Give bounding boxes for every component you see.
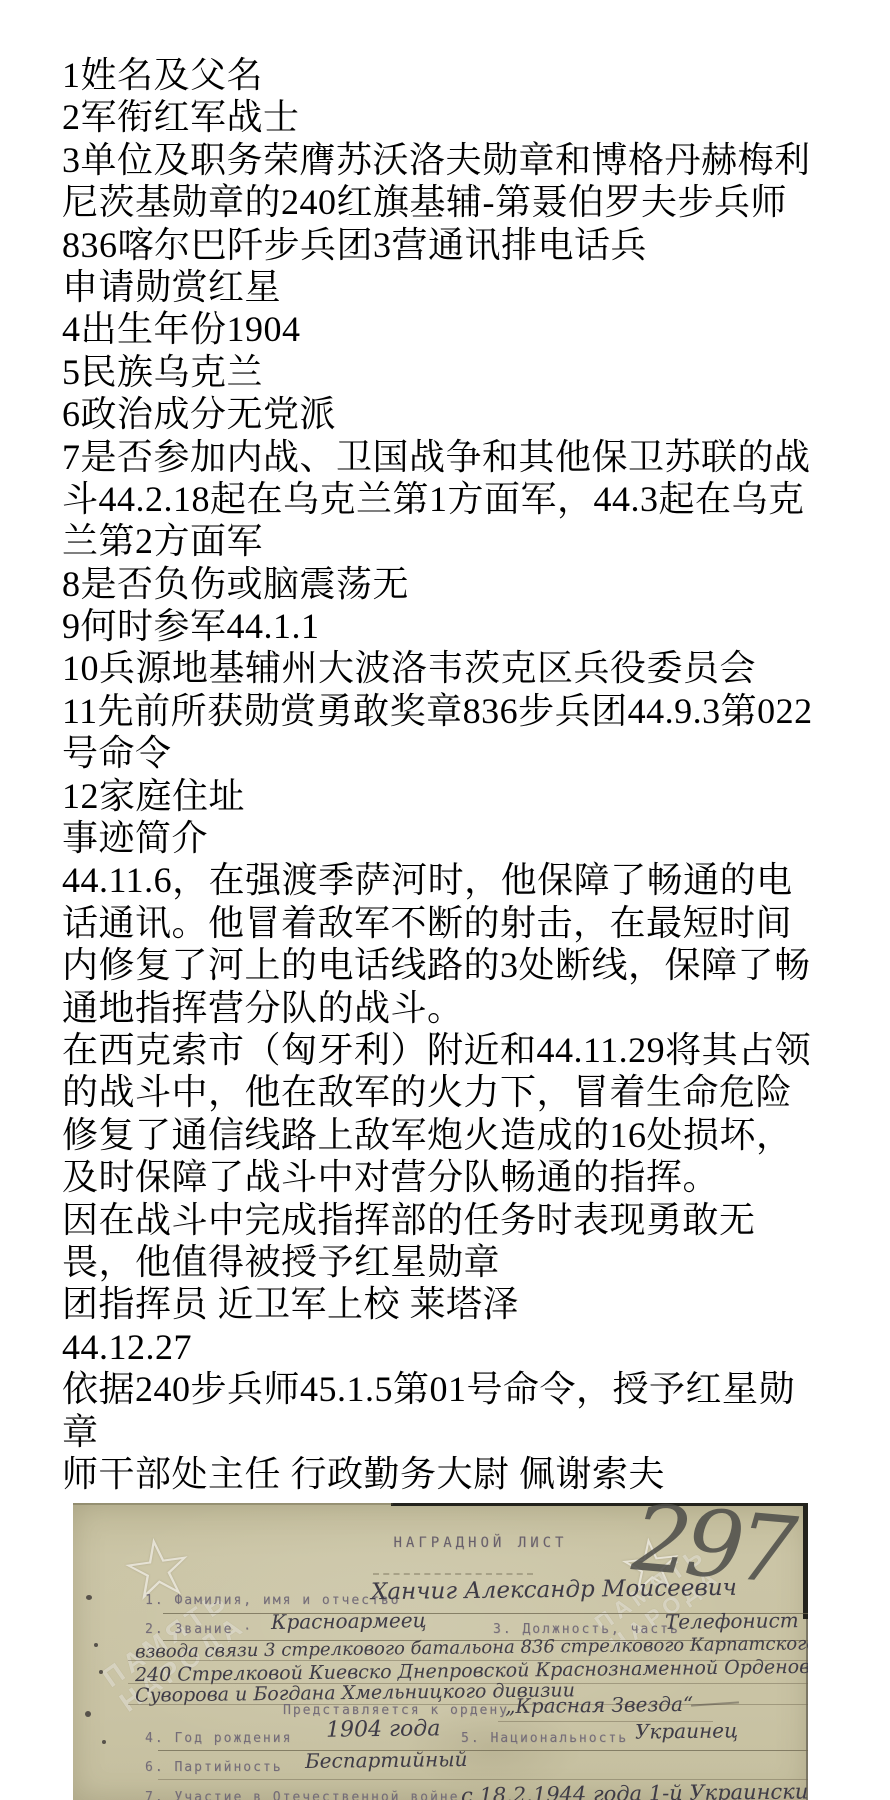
translation-line: 3单位及职务荣膺苏沃洛夫勋章和博格丹赫梅利 <box>62 139 872 181</box>
translation-line: 6政治成分无党派 <box>62 393 872 435</box>
translation-line: 的战斗中，他在敌军的火力下，冒着生命危险 <box>62 1071 872 1113</box>
translation-line: 7是否参加内战、卫国战争和其他保卫苏联的战 <box>62 436 872 478</box>
field-label-name: 1. Фамилия, имя и отчество <box>145 1593 401 1608</box>
field-label-rank: 2. Звание · <box>145 1622 253 1637</box>
field-value-position: Телефонист <box>665 1608 799 1634</box>
form-line <box>158 1750 808 1751</box>
translation-line: 章 <box>62 1411 872 1453</box>
translation-line: 依据240步兵师45.1.5第01号命令，授予红星勋 <box>62 1368 872 1410</box>
translation-line: 44.11.6，在强渡季萨河时，他保障了畅通的电 <box>62 859 872 901</box>
paper-speck <box>99 1670 103 1674</box>
field-label-party: 6. Партийность <box>145 1760 283 1775</box>
translation-line: 及时保障了战斗中对营分队畅通的指挥。 <box>62 1156 872 1198</box>
translation-line: 2军衔红军战士 <box>62 96 872 138</box>
paper-speck <box>94 1643 98 1647</box>
field-value-birth-year: 1904 года <box>326 1716 441 1742</box>
pencil-dash <box>373 1573 533 1575</box>
translation-line: 11先前所获勋赏勇敢奖章836步兵团44.9.3第022 <box>62 690 872 732</box>
field-value-rank: Красноармеец <box>271 1608 427 1634</box>
translation-line: 44.12.27 <box>62 1326 872 1368</box>
translation-line: 号命令 <box>62 732 872 774</box>
translation-line: 因在战斗中完成指挥部的任务时表现勇敢无 <box>62 1199 872 1241</box>
translation-line: 团指挥员 近卫军上校 莱塔泽 <box>62 1283 872 1325</box>
translation-line: 4出生年份1904 <box>62 308 872 350</box>
translation-line: 12家庭住址 <box>62 775 872 817</box>
scan-edge <box>73 1503 393 1505</box>
scanned-award-sheet: ☆ ☆ ПАМЯТЬ НАРОДА ПАМЯТЬ НАРОДА НАГРАДНО… <box>73 1503 808 1800</box>
translation-line: 8是否负伤或脑震荡无 <box>62 563 872 605</box>
translation-line: 兰第2方面军 <box>62 520 872 562</box>
field-label-order: Представляется к ордену <box>283 1703 509 1718</box>
translation-line: 事迹简介 <box>62 817 872 859</box>
field-label-nationality: 5. Национальность <box>461 1731 628 1746</box>
translation-line: 通地指挥营分队的战斗。 <box>62 987 872 1029</box>
translation-text: 1姓名及父名2军衔红军战士3单位及职务荣膺苏沃洛夫勋章和博格丹赫梅利尼茨基勋章的… <box>62 54 872 1495</box>
translation-line: 斗44.2.18起在乌克兰第1方面军，44.3起在乌克 <box>62 478 872 520</box>
translation-line: 5民族乌克兰 <box>62 351 872 393</box>
field-value-nationality: Украинец <box>635 1718 738 1743</box>
document-page: 1姓名及父名2军衔红军战士3单位及职务荣膺苏沃洛夫勋章和博格丹赫梅利尼茨基勋章的… <box>0 0 890 1800</box>
translation-line: 修复了通信线路上敌军炮火造成的16处损坏， <box>62 1114 872 1156</box>
translation-line: 话通讯。他冒着敌军不断的射击，在最短时间 <box>62 902 872 944</box>
field-label-war-participation: 7. Участие в Отечественной войне <box>145 1790 459 1800</box>
scan-edge <box>803 1503 808 1619</box>
translation-line: 畏，他值得被授予红星勋章 <box>62 1241 872 1283</box>
field-value-order: „Красная Звезда“ <box>505 1692 693 1718</box>
translation-line: 1姓名及父名 <box>62 54 872 96</box>
field-label-birth-year: 4. Год рождения <box>145 1731 292 1746</box>
paper-speck <box>102 1740 106 1744</box>
field-value-name: Ханчиг Александр Моисеевич <box>371 1575 737 1605</box>
translation-line: 内修复了河上的电话线路的3处断线，保障了畅 <box>62 944 872 986</box>
translation-line: 9何时参军44.1.1 <box>62 605 872 647</box>
paper-speck <box>85 1711 91 1717</box>
translation-line: 836喀尔巴阡步兵团3营通讯排电话兵 <box>62 224 872 266</box>
translation-line: 在西克索市（匈牙利）附近和44.11.29将其占领 <box>62 1029 872 1071</box>
field-value-party: Беспартийный <box>305 1747 468 1773</box>
translation-line: 申请勋赏红星 <box>62 266 872 308</box>
translation-line: 师干部处主任 行政勤务大尉 佩谢索夫 <box>62 1453 872 1495</box>
translation-line: 尼茨基勋章的240红旗基辅-第聂伯罗夫步兵师 <box>62 181 872 223</box>
translation-line: 10兵源地基辅州大波洛韦茨克区兵役委员会 <box>62 647 872 689</box>
paper-speck <box>86 1595 92 1600</box>
